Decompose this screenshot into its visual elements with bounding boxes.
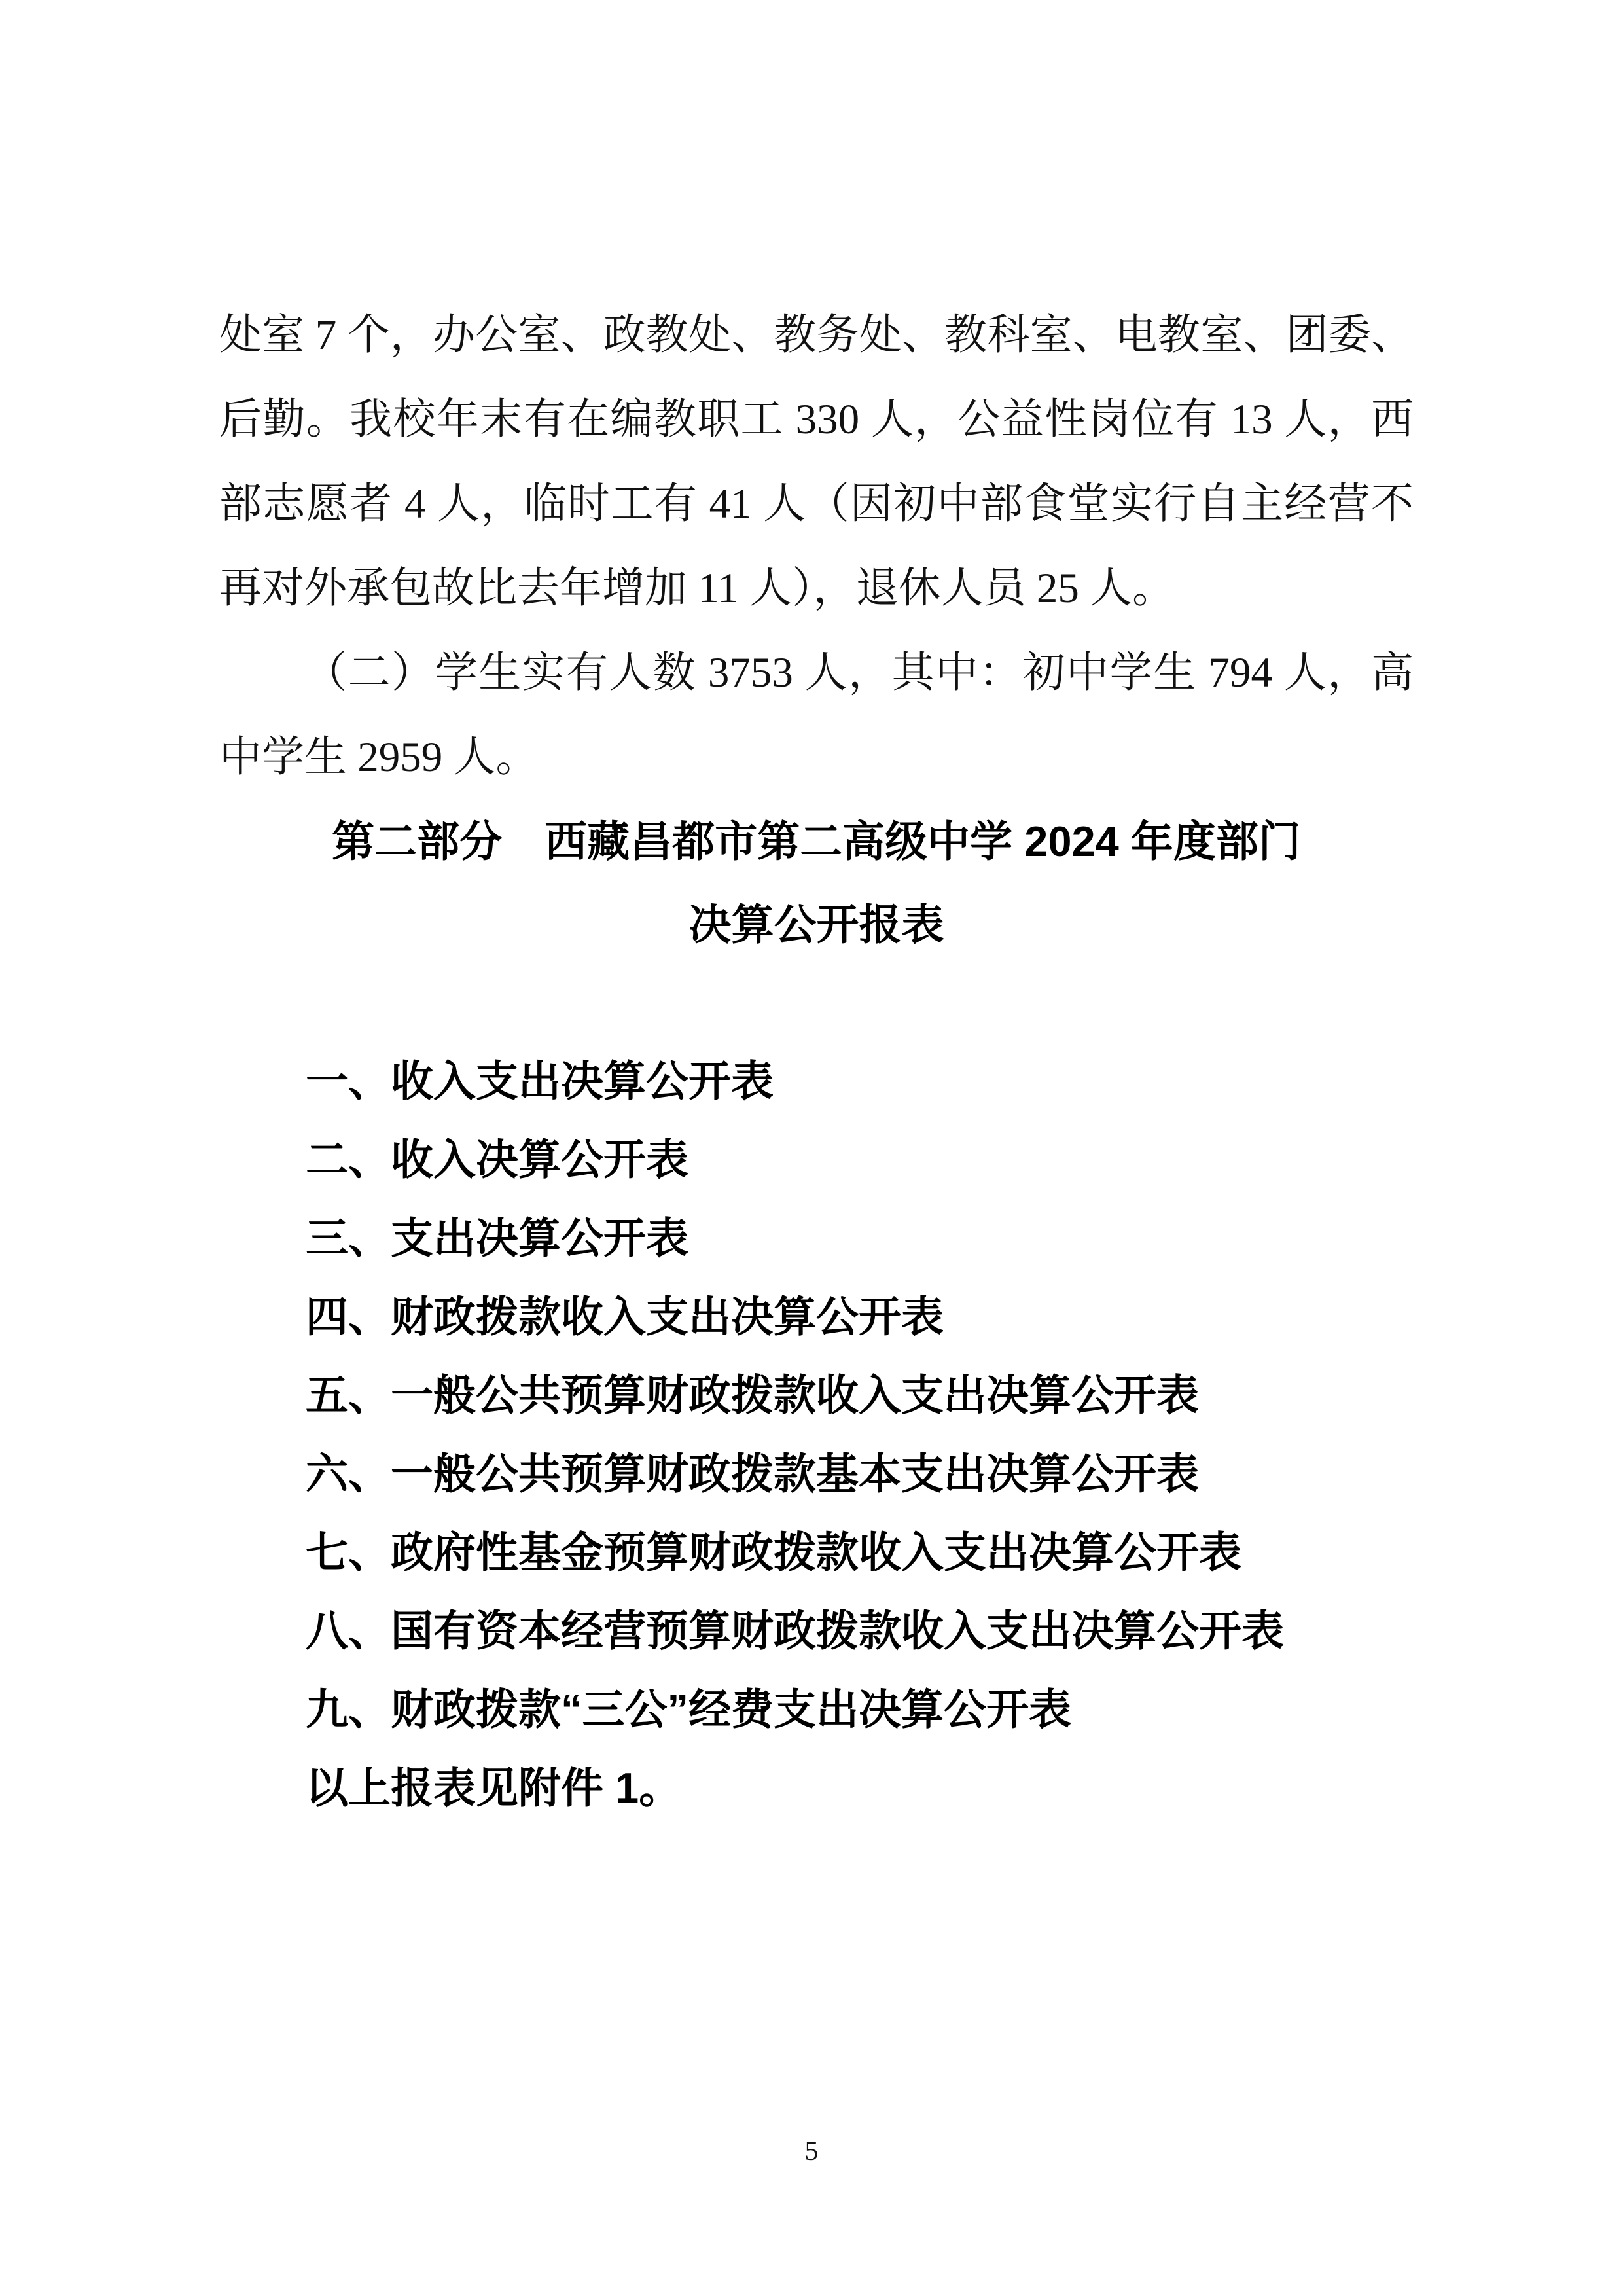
spacer — [219, 966, 1414, 1042]
list-item: 三、支出决算公开表 — [219, 1199, 1414, 1278]
page-number: 5 — [0, 2135, 1623, 2168]
body-line: 后勤。我校年末有在编教职工 330 人，公益性岗位有 13 人，西 — [219, 378, 1414, 462]
document-page: 处室 7 个，办公室、政教处、教务处、教科室、电教室、团委、 后勤。我校年末有在… — [0, 0, 1623, 2296]
list-item: 一、收入支出决算公开表 — [219, 1042, 1414, 1121]
list-item: 四、财政拨款收入支出决算公开表 — [219, 1278, 1414, 1356]
list-item: 六、一般公共预算财政拨款基本支出决算公开表 — [219, 1435, 1414, 1513]
closing-line: 以上报表见附件 1。 — [219, 1749, 1414, 1827]
body-line: 中学生 2959 人。 — [219, 715, 1414, 800]
body-line: 部志愿者 4 人，临时工有 41 人（因初中部食堂实行自主经营不 — [219, 462, 1414, 547]
body-line: 再对外承包故比去年增加 11 人），退休人员 25 人。 — [219, 547, 1414, 631]
list-item: 二、收入决算公开表 — [219, 1121, 1414, 1199]
section-heading-line-2: 决算公开报表 — [219, 883, 1414, 966]
body-line: 处室 7 个，办公室、政教处、教务处、教科室、电教室、团委、 — [219, 293, 1414, 378]
list-item: 七、政府性基金预算财政拨款收入支出决算公开表 — [219, 1513, 1414, 1592]
list-item: 九、财政拨款“三公”经费支出决算公开表 — [219, 1670, 1414, 1749]
section-heading-line-1: 第二部分 西藏昌都市第二高级中学 2024 年度部门 — [219, 800, 1414, 883]
list-item: 五、一般公共预算财政拨款收入支出决算公开表 — [219, 1356, 1414, 1435]
document-body: 处室 7 个，办公室、政教处、教务处、教科室、电教室、团委、 后勤。我校年末有在… — [219, 293, 1414, 1827]
list-item: 八、国有资本经营预算财政拨款收入支出决算公开表 — [219, 1592, 1414, 1670]
body-line: （二）学生实有人数 3753 人，其中：初中学生 794 人，高 — [219, 631, 1414, 715]
